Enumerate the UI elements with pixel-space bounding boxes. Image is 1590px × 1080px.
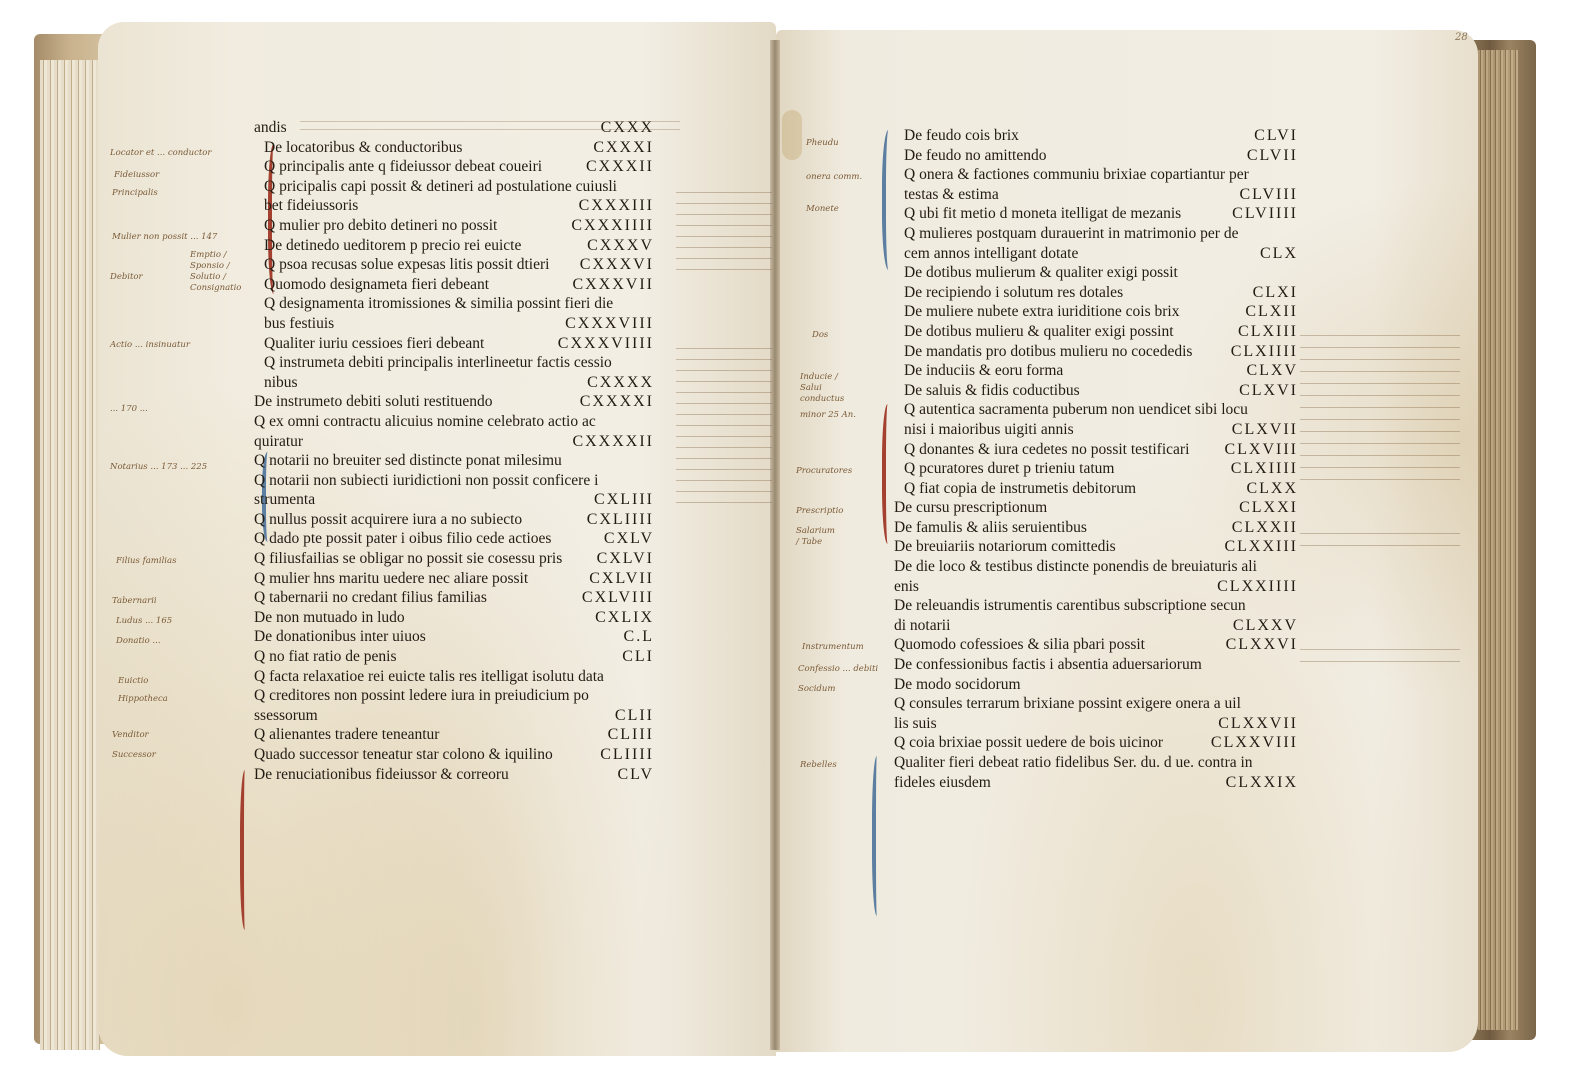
index-entry: bus festiuisCXXXVIII bbox=[254, 314, 654, 334]
index-entry: De locatoribus & conductoribusCXXXI bbox=[254, 138, 654, 158]
index-entry: fideles eiusdemCLXXIX bbox=[894, 773, 1298, 793]
margin-note: Socidum bbox=[798, 684, 835, 695]
index-entry: Q dado pte possit pater i oibus filio ce… bbox=[254, 529, 654, 549]
index-entry: di notariiCLXXV bbox=[894, 616, 1298, 636]
index-entry: De confessionibus factis i absentia adue… bbox=[894, 655, 1298, 675]
margin-note: Locator et ... conductor bbox=[110, 148, 211, 159]
index-entry: Q pcuratores duret p trieniu tatumCLXIII… bbox=[894, 459, 1298, 479]
index-entry: testas & estimaCLVIII bbox=[894, 185, 1298, 205]
index-entry: De detinedo ueditorem p precio rei euict… bbox=[254, 236, 654, 256]
index-entry: Qualiter iuriu cessioes fieri debeantCXX… bbox=[254, 334, 654, 354]
index-entry: Q nullus possit acquirere iura a no subi… bbox=[254, 510, 654, 530]
index-entry: De famulis & aliis seruientibusCLXXII bbox=[894, 518, 1298, 538]
index-entry: De renuciationibus fideiussor & correoru… bbox=[254, 765, 654, 785]
index-entry: Q ex omni contractu alicuius nomine cele… bbox=[254, 412, 654, 432]
blue-paragraph-mark-long bbox=[872, 756, 884, 916]
index-entry: De breuiariis notariorum comittedisCLXXI… bbox=[894, 537, 1298, 557]
margin-note: Debitor bbox=[110, 272, 143, 283]
margin-note: Inducie / Salui conductus bbox=[800, 372, 860, 405]
margin-note: Successor bbox=[112, 750, 156, 761]
index-entry: Q consules terrarum brixiane possint exi… bbox=[894, 694, 1298, 714]
margin-note: Venditor bbox=[112, 730, 149, 741]
margin-note: Actio ... insinuatur bbox=[110, 340, 190, 351]
index-entry: De modo socidorum bbox=[894, 675, 1298, 695]
index-entry: De feudo cois brixCLVI bbox=[894, 126, 1298, 146]
index-entry: Q notarii non subiecti iuridictioni non … bbox=[254, 471, 654, 491]
index-entry: Q fiat copia de instrumetis debitorumCLX… bbox=[894, 479, 1298, 499]
handwritten-annotation-block bbox=[300, 116, 680, 132]
index-entry: Q alienantes tradere teneanturCLIII bbox=[254, 725, 654, 745]
margin-note: Pheudu bbox=[806, 138, 839, 149]
margin-note: Salarium / Tabe bbox=[796, 526, 836, 548]
folio-number: 28 bbox=[1455, 32, 1468, 43]
margin-note: Prescriptio bbox=[796, 506, 843, 517]
margin-note: Procuratores bbox=[796, 466, 852, 477]
index-entry: De instrumeto debiti soluti restituendoC… bbox=[254, 392, 654, 412]
margin-note: minor 25 An. bbox=[800, 410, 856, 421]
index-entry: Q no fiat ratio de penisCLI bbox=[254, 647, 654, 667]
margin-note: Euictio bbox=[118, 676, 148, 687]
index-entry: strumentaCXLIII bbox=[254, 490, 654, 510]
index-entry: cem annos intelligant dotateCLX bbox=[894, 244, 1298, 264]
index-entry: De mandatis pro dotibus mulieru no coced… bbox=[894, 342, 1298, 362]
index-entry: Q mulieres postquam durauerint in matrim… bbox=[894, 224, 1298, 244]
index-entry: De muliere nubete extra iuriditione cois… bbox=[894, 302, 1298, 322]
margin-note: Confessio ... debiti bbox=[798, 664, 878, 675]
index-entry: Q mulier pro debito detineri no possitCX… bbox=[254, 216, 654, 236]
margin-note: Tabernarii bbox=[112, 596, 157, 607]
margin-note: Dos bbox=[812, 330, 828, 341]
handwritten-annotation-block bbox=[1300, 524, 1460, 554]
index-entry: Q instrumeta debiti principalis interlin… bbox=[254, 353, 654, 373]
handwritten-annotation-block bbox=[676, 184, 772, 274]
handwritten-annotation-block bbox=[1300, 640, 1460, 662]
index-entry: De dotibus mulieru & qualiter exigi poss… bbox=[894, 322, 1298, 342]
margin-note: Fideiussor bbox=[114, 170, 159, 181]
index-entry: Q psoa recusas solue expesas litis possi… bbox=[254, 255, 654, 275]
index-entry: Q filiusfailias se obligar no possit sie… bbox=[254, 549, 654, 569]
index-entry: De saluis & fidis coductibusCLXVI bbox=[894, 381, 1298, 401]
index-entry: De cursu prescriptionumCLXXI bbox=[894, 498, 1298, 518]
index-entry: Q donantes & iura cedetes no possit test… bbox=[894, 440, 1298, 460]
open-book: 28 andisCXXX De locatoribus & conductori… bbox=[0, 0, 1590, 1080]
right-page-index: De feudo cois brixCLVI De feudo no amitt… bbox=[894, 126, 1298, 792]
margin-note: Donatio ... bbox=[116, 636, 161, 647]
margin-note: ... 170 ... bbox=[110, 404, 148, 415]
index-entry: nibusCXXXX bbox=[254, 373, 654, 393]
left-page-index: andisCXXX De locatoribus & conductoribus… bbox=[254, 118, 654, 784]
red-paragraph-mark-long bbox=[240, 770, 252, 930]
index-entry: Quomodo cofessioes & silia pbari possitC… bbox=[894, 635, 1298, 655]
index-entry: De donationibus inter uiuosC.L bbox=[254, 627, 654, 647]
index-entry: De recipiendo i solutum res dotalesCLXI bbox=[894, 283, 1298, 303]
page-edges-left bbox=[40, 60, 100, 1050]
index-entry: Q principalis ante q fideiussor debeat c… bbox=[254, 157, 654, 177]
index-entry: Q coia brixiae possit uedere de bois uic… bbox=[894, 733, 1298, 753]
margin-note: Rebelles bbox=[800, 760, 837, 771]
margin-note: Monete bbox=[806, 204, 839, 215]
margin-note: Mulier non possit ... 147 bbox=[112, 232, 217, 243]
index-entry: Q designamenta itromissiones & similia p… bbox=[254, 294, 654, 314]
handwritten-annotation-block bbox=[676, 340, 772, 510]
index-entry: Qualiter fieri debeat ratio fidelibus Se… bbox=[894, 753, 1298, 773]
index-entry: quiraturCXXXXII bbox=[254, 432, 654, 452]
index-entry: De die loco & testibus distincte ponendi… bbox=[894, 557, 1298, 577]
index-entry: Q ubi fit metio d moneta itelligat de me… bbox=[894, 204, 1298, 224]
index-entry: De induciis & eoru formaCLXV bbox=[894, 361, 1298, 381]
index-entry: De releuandis istrumentis carentibus sub… bbox=[894, 596, 1298, 616]
margin-note: Instrumentum bbox=[802, 642, 864, 653]
margin-note: Ludus ... 165 bbox=[116, 616, 172, 627]
index-entry: nisi i maioribus uigiti annisCLXVII bbox=[894, 420, 1298, 440]
index-entry: De non mutuado in ludoCXLIX bbox=[254, 608, 654, 628]
margin-note: Filius familias bbox=[116, 556, 176, 567]
margin-note: Emptio / Sponsio / Solutio / Consignatio bbox=[190, 250, 250, 294]
margin-note: Principalis bbox=[112, 188, 158, 199]
index-entry: bet fideiussorisCXXXIII bbox=[254, 196, 654, 216]
index-entry: lis suisCLXXVII bbox=[894, 714, 1298, 734]
index-entry: Q pricipalis capi possit & detineri ad p… bbox=[254, 177, 654, 197]
index-entry: De feudo no amittendoCLVII bbox=[894, 146, 1298, 166]
index-entry: Q mulier hns maritu uedere nec aliare po… bbox=[254, 569, 654, 589]
index-entry: Q autentica sacramenta puberum non uendi… bbox=[894, 400, 1298, 420]
index-entry: Quomodo designameta fieri debeantCXXXVII bbox=[254, 275, 654, 295]
handwritten-annotation-block bbox=[1300, 326, 1460, 486]
index-entry: Q onera & factiones communiu brixiae cop… bbox=[894, 165, 1298, 185]
index-entry: Q facta relaxatioe rei euicte talis res … bbox=[254, 667, 654, 687]
index-entry: enisCLXXIIII bbox=[894, 577, 1298, 597]
index-entry: ssessorumCLII bbox=[254, 706, 654, 726]
water-stain bbox=[782, 110, 802, 160]
index-entry: De dotibus mulierum & qualiter exigi pos… bbox=[894, 263, 1298, 283]
index-entry: Q tabernarii no credant filius familiasC… bbox=[254, 588, 654, 608]
index-entry: Q creditores non possint ledere iura in … bbox=[254, 686, 654, 706]
margin-note: Notarius ... 173 ... 225 bbox=[110, 462, 250, 473]
margin-note: Hippotheca bbox=[118, 694, 168, 705]
page-edges-right bbox=[1478, 50, 1518, 1030]
margin-note: onera comm. bbox=[806, 172, 862, 183]
index-entry: Quado successor teneatur star colono & i… bbox=[254, 745, 654, 765]
index-entry: Q notarii no breuiter sed distincte pona… bbox=[254, 451, 654, 471]
